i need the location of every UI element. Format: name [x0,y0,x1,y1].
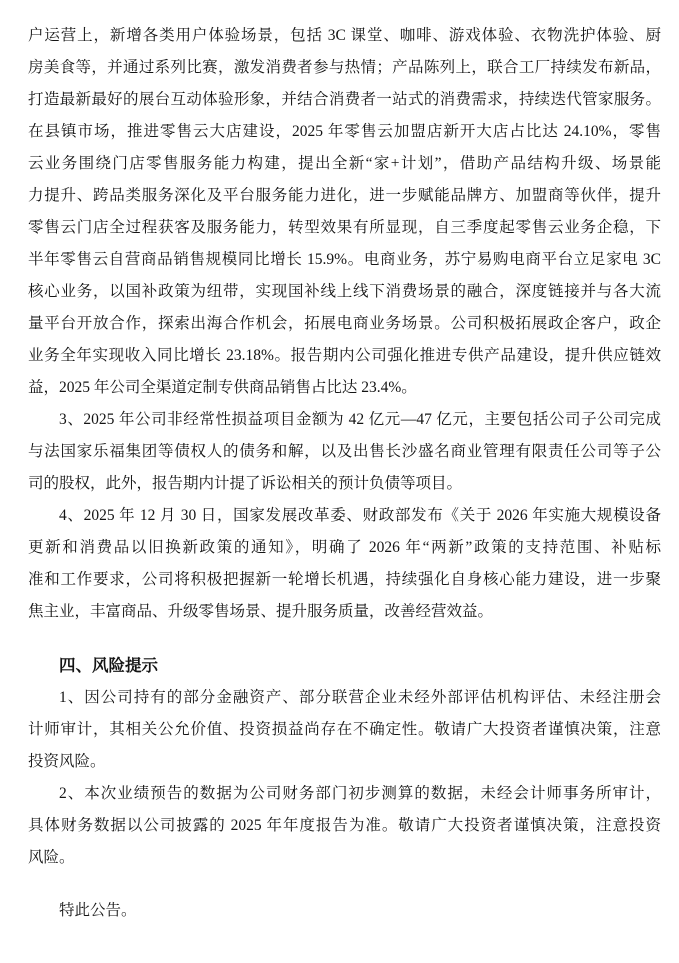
document-line: 投资风险。 [28,746,661,778]
document-line: 计师审计，其相关公允价值、投资损益尚存在不确定性。敬请广大投资者谨慎决策，注意 [28,714,661,746]
document-line: 户运营上，新增各类用户体验场景，包括 3C 课堂、咖啡、游戏体验、衣物洗护体验、… [28,20,661,52]
document-line: 3、2025 年公司非经常性损益项目金额为 42 亿元—47 亿元，主要包括公司… [28,404,661,436]
document-line: 打造最新最好的展台互动体验形象，并结合消费者一站式的消费需求，持续迭代管家服务。 [28,84,661,116]
closing-statement: 特此公告。 [28,895,661,927]
document-page: 户运营上，新增各类用户体验场景，包括 3C 课堂、咖啡、游戏体验、衣物洗护体验、… [0,0,679,963]
document-line: 2、本次业绩预告的数据为公司财务部门初步测算的数据，未经会计师事务所审计， [28,778,661,810]
document-line: 零售云门店全过程获客及服务能力，转型效果有所显现，自三季度起零售云业务企稳，下 [28,212,661,244]
paragraph-risk-2: 2、本次业绩预告的数据为公司财务部门初步测算的数据，未经会计师事务所审计， 具体… [28,778,661,874]
section-heading-risk-notice: 四、风险提示 [28,650,661,682]
paragraph-non-recurring-items: 3、2025 年公司非经常性损益项目金额为 42 亿元—47 亿元，主要包括公司… [28,404,661,500]
paragraph-risk-1: 1、因公司持有的部分金融资产、部分联营企业未经外部评估机构评估、未经注册会 计师… [28,682,661,778]
document-line: 准和工作要求，公司将积极把握新一轮增长机遇，持续强化自身核心能力建设，进一步聚 [28,564,661,596]
document-line: 房美食等，并通过系列比赛，激发消费者参与热情；产品陈列上，联合工厂持续发布新品， [28,52,661,84]
document-line: 具体财务数据以公司披露的 2025 年年度报告为准。敬请广大投资者谨慎决策，注意… [28,810,661,842]
document-line: 1、因公司持有的部分金融资产、部分联营企业未经外部评估机构评估、未经注册会 [28,682,661,714]
paragraph-business-operations: 户运营上，新增各类用户体验场景，包括 3C 课堂、咖啡、游戏体验、衣物洗护体验、… [28,20,661,404]
document-line: 在县镇市场，推进零售云大店建设，2025 年零售云加盟店新开大店占比达 24.1… [28,116,661,148]
document-line: 4、2025 年 12 月 30 日，国家发展改革委、财政部发布《关于 2026… [28,500,661,532]
document-line: 司的股权，此外，报告期内计提了诉讼相关的预计负债等项目。 [28,468,661,500]
document-line: 业务全年实现收入同比增长 23.18%。报告期内公司强化推进专供产品建设，提升供… [28,340,661,372]
document-line: 与法国家乐福集团等债权人的债务和解，以及出售长沙盛名商业管理有限责任公司等子公 [28,436,661,468]
document-line: 半年零售云自营商品销售规模同比增长 15.9%。电商业务，苏宁易购电商平台立足家… [28,244,661,276]
document-line: 云业务围绕门店零售服务能力构建，提出全新“家+计划”，借助产品结构升级、场景能 [28,148,661,180]
document-line: 焦主业，丰富商品、升级零售场景、提升服务质量，改善经营效益。 [28,596,661,628]
document-line: 力提升、跨品类服务深化及平台服务能力进化，进一步赋能品牌方、加盟商等伙伴，提升 [28,180,661,212]
document-line: 核心业务，以国补政策为纽带，实现国补线上线下消费场景的融合，深度链接并与各大流 [28,276,661,308]
document-line: 益，2025 年公司全渠道定制专供商品销售占比达 23.4%。 [28,372,661,404]
document-line: 风险。 [28,842,661,874]
document-line: 量平台开放合作，探索出海合作机会，拓展电商业务场景。公司积极拓展政企客户，政企 [28,308,661,340]
paragraph-policy-outlook: 4、2025 年 12 月 30 日，国家发展改革委、财政部发布《关于 2026… [28,500,661,628]
document-line: 更新和消费品以旧换新政策的通知》，明确了 2026 年“两新”政策的支持范围、补… [28,532,661,564]
